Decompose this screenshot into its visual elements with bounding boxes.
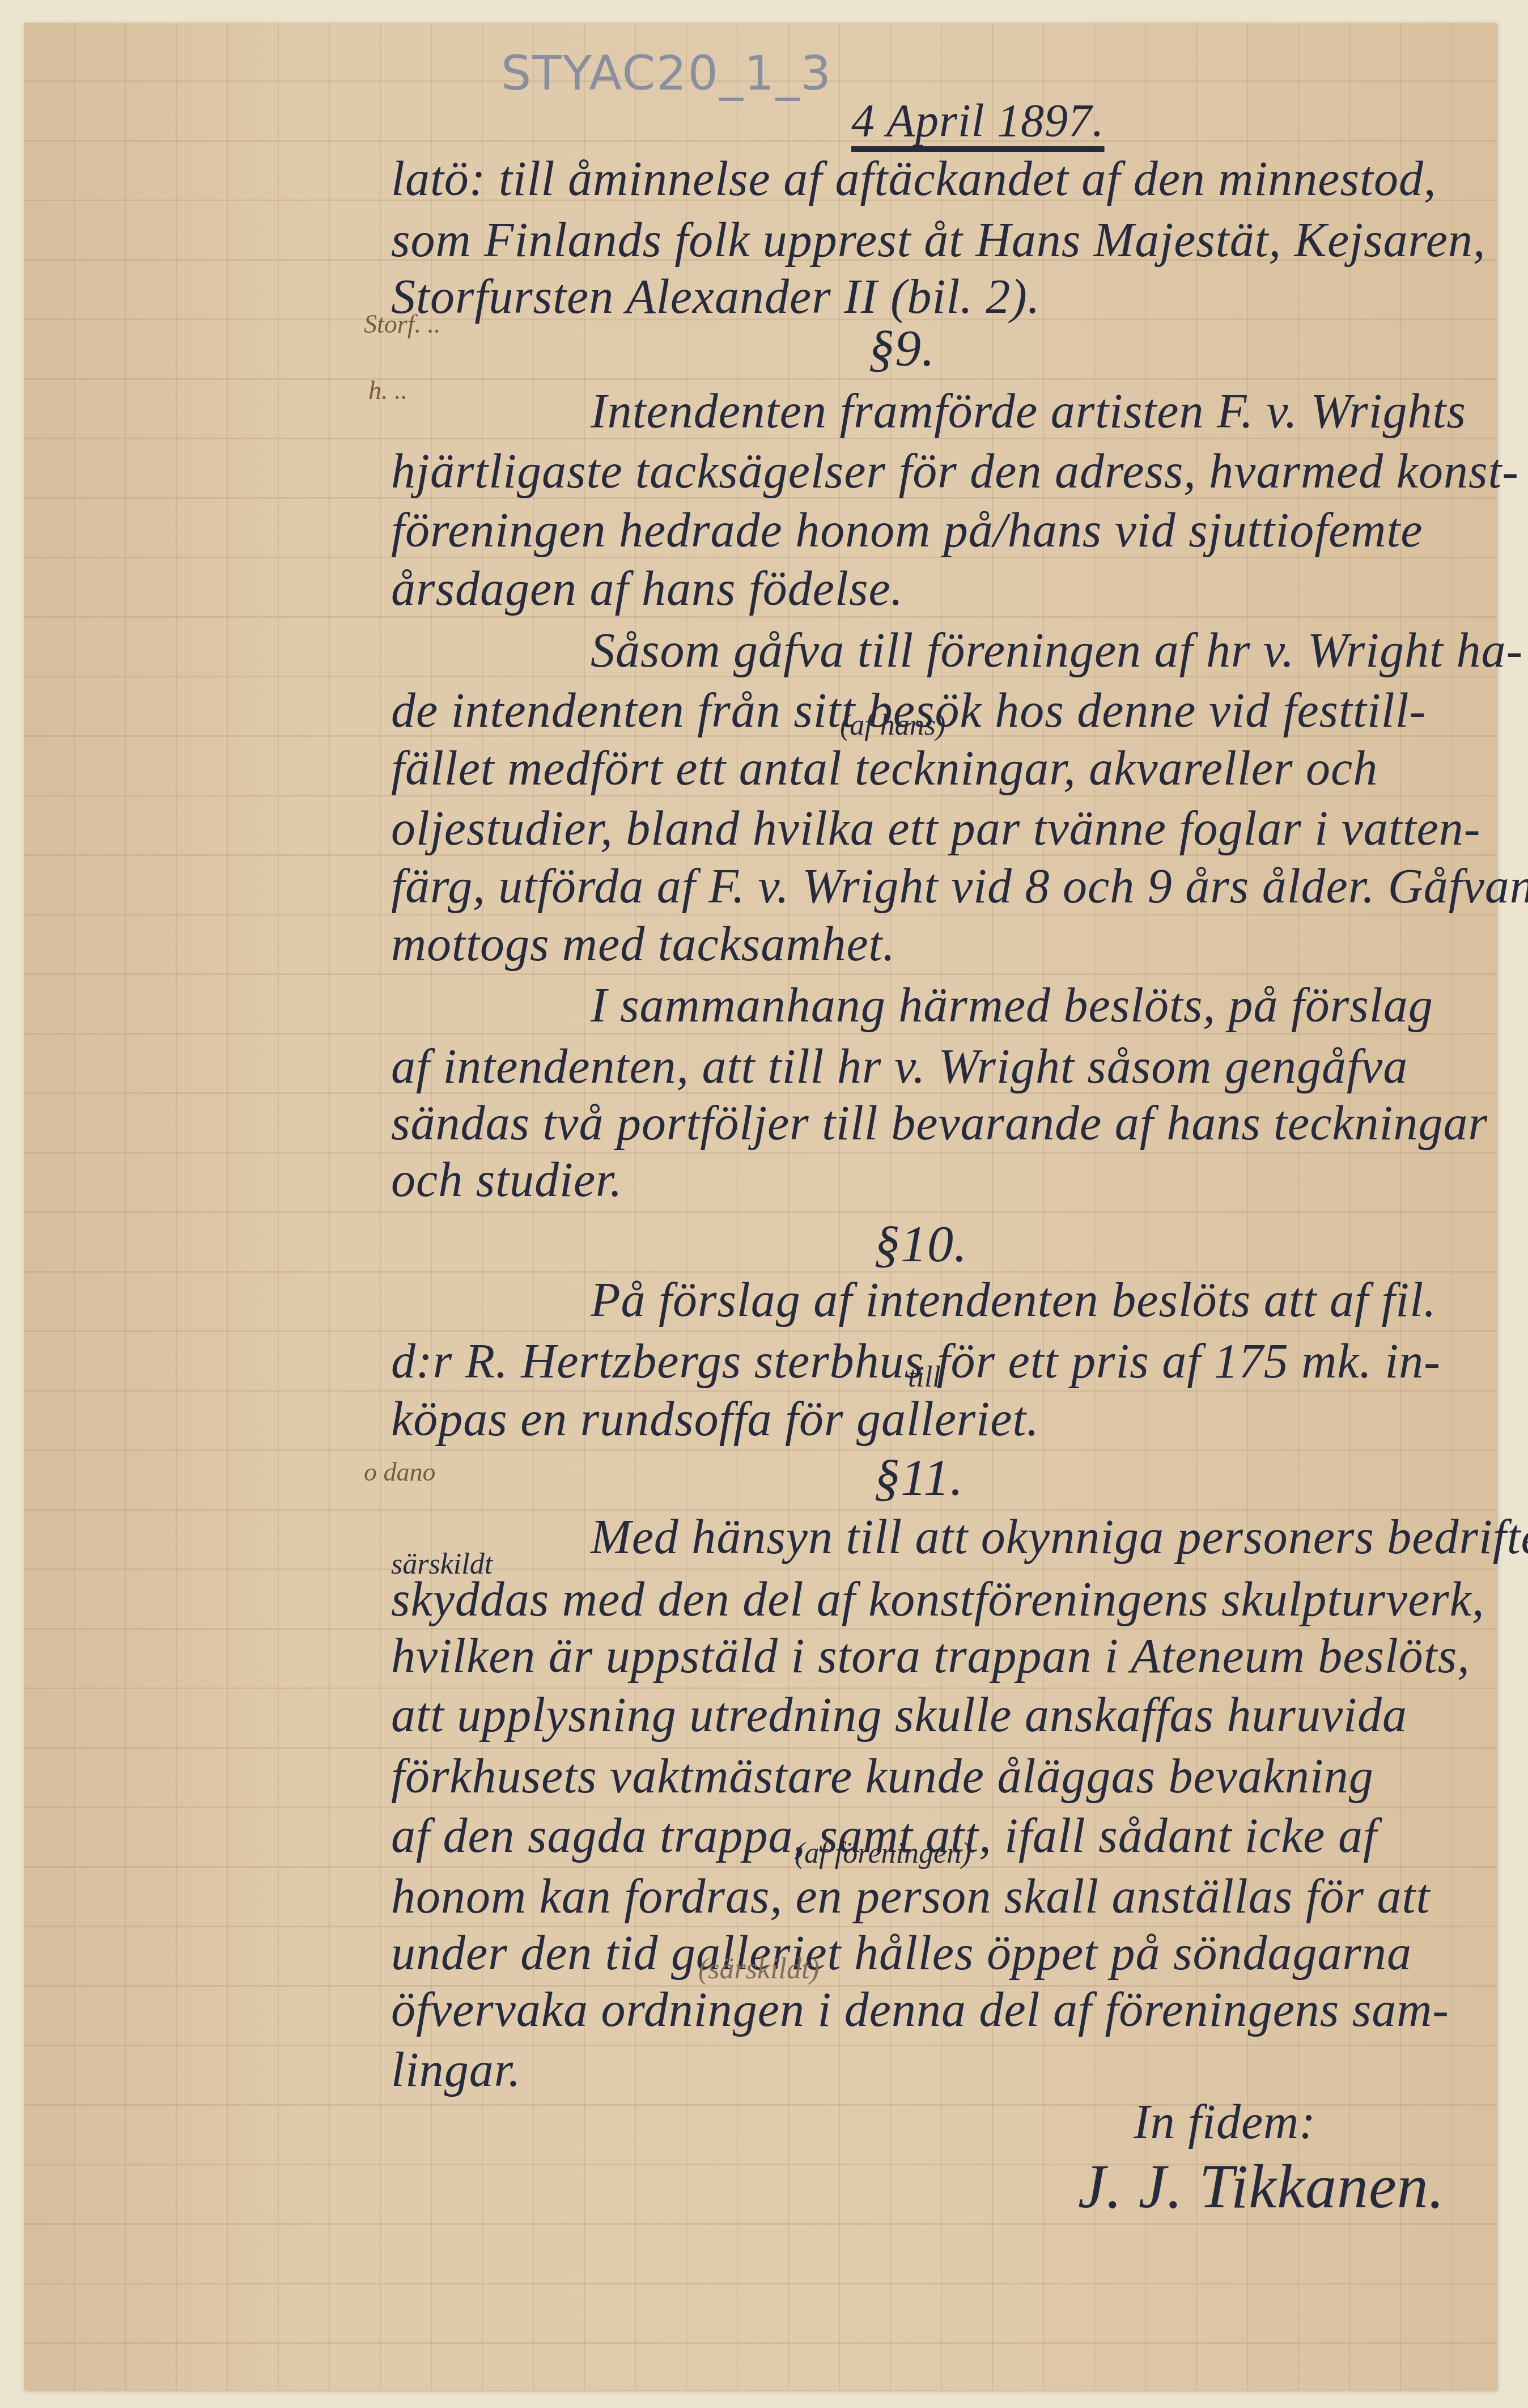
interlinear-insertion: (särskildt): [698, 1952, 820, 1986]
text-line: Intendenten framförde artisten F. v. Wri…: [591, 387, 1466, 435]
text-line: fället medfört ett antal teckningar, akv…: [391, 744, 1378, 792]
ink-offset-mark: o dano: [364, 1457, 436, 1487]
text-line: förkhusets vaktmästare kunde åläggas bev…: [391, 1752, 1374, 1800]
text-line: oljestudier, bland hvilka ett par tvänne…: [391, 804, 1480, 853]
manuscript-page: STYAC20_1_3 4 April 1897. Storf. .. h. .…: [24, 23, 1496, 2390]
text-line: öfvervaka ordningen i denna del af fören…: [391, 1985, 1449, 2034]
text-line: Storfursten Alexander II (bil. 2).: [391, 272, 1040, 321]
text-line: och studier.: [391, 1155, 623, 1204]
document-date: 4 April 1897.: [851, 97, 1105, 144]
text-line: hjärtligaste tacksägelser för den adress…: [391, 447, 1519, 495]
text-line: skyddas med den del af konstföreningens …: [391, 1575, 1484, 1623]
ink-offset-mark: h. ..: [368, 375, 408, 405]
text-line: sändas två portföljer till bevarande af …: [391, 1099, 1488, 1147]
text-line: årsdagen af hans födelse.: [391, 564, 903, 613]
text-line: af intendenten, att till hr v. Wright så…: [391, 1042, 1408, 1091]
text-line: hvilken är uppstäld i stora trappan i At…: [391, 1631, 1470, 1680]
signature: J. J. Tikkanen.: [1078, 2155, 1445, 2218]
text-line: mottogs med tacksamhet.: [391, 919, 895, 968]
interlinear-insertion: (af hans): [840, 709, 945, 742]
text-line: färg, utförda af F. v. Wright vid 8 och …: [391, 862, 1528, 910]
section-heading: §10.: [874, 1218, 967, 1270]
section-heading: §9.: [868, 322, 935, 374]
text-line: att upplysning utredning skulle anskaffa…: [391, 1690, 1407, 1739]
text-line: Med hänsyn till att okynniga personers b…: [591, 1512, 1528, 1561]
attestation-formula: In fidem:: [1134, 2097, 1316, 2146]
text-line: lingar.: [391, 2045, 521, 2094]
archive-reference: STYAC20_1_3: [501, 45, 832, 101]
text-line: föreningen hedrade honom på/hans vid sju…: [391, 506, 1423, 554]
text-line: latö: till åminnelse af aftäckandet af d…: [391, 154, 1436, 203]
interlinear-insertion: till: [908, 1360, 941, 1394]
text-line: Såsom gåfva till föreningen af hr v. Wri…: [591, 626, 1523, 675]
interlinear-insertion: (af föreningen): [795, 1837, 971, 1870]
text-line: I sammanhang härmed beslöts, på förslag: [591, 981, 1433, 1029]
text-line: som Finlands folk upprest åt Hans Majest…: [391, 215, 1485, 264]
section-heading: §11.: [874, 1451, 964, 1503]
text-line: På förslag af intendenten beslöts att af…: [591, 1275, 1437, 1324]
text-line: köpas en rundsoffa för galleriet.: [391, 1394, 1039, 1443]
text-line: honom kan fordras, en person skall anstä…: [391, 1872, 1430, 1921]
text-line: under den tid galleriet hålles öppet på …: [391, 1928, 1412, 1977]
